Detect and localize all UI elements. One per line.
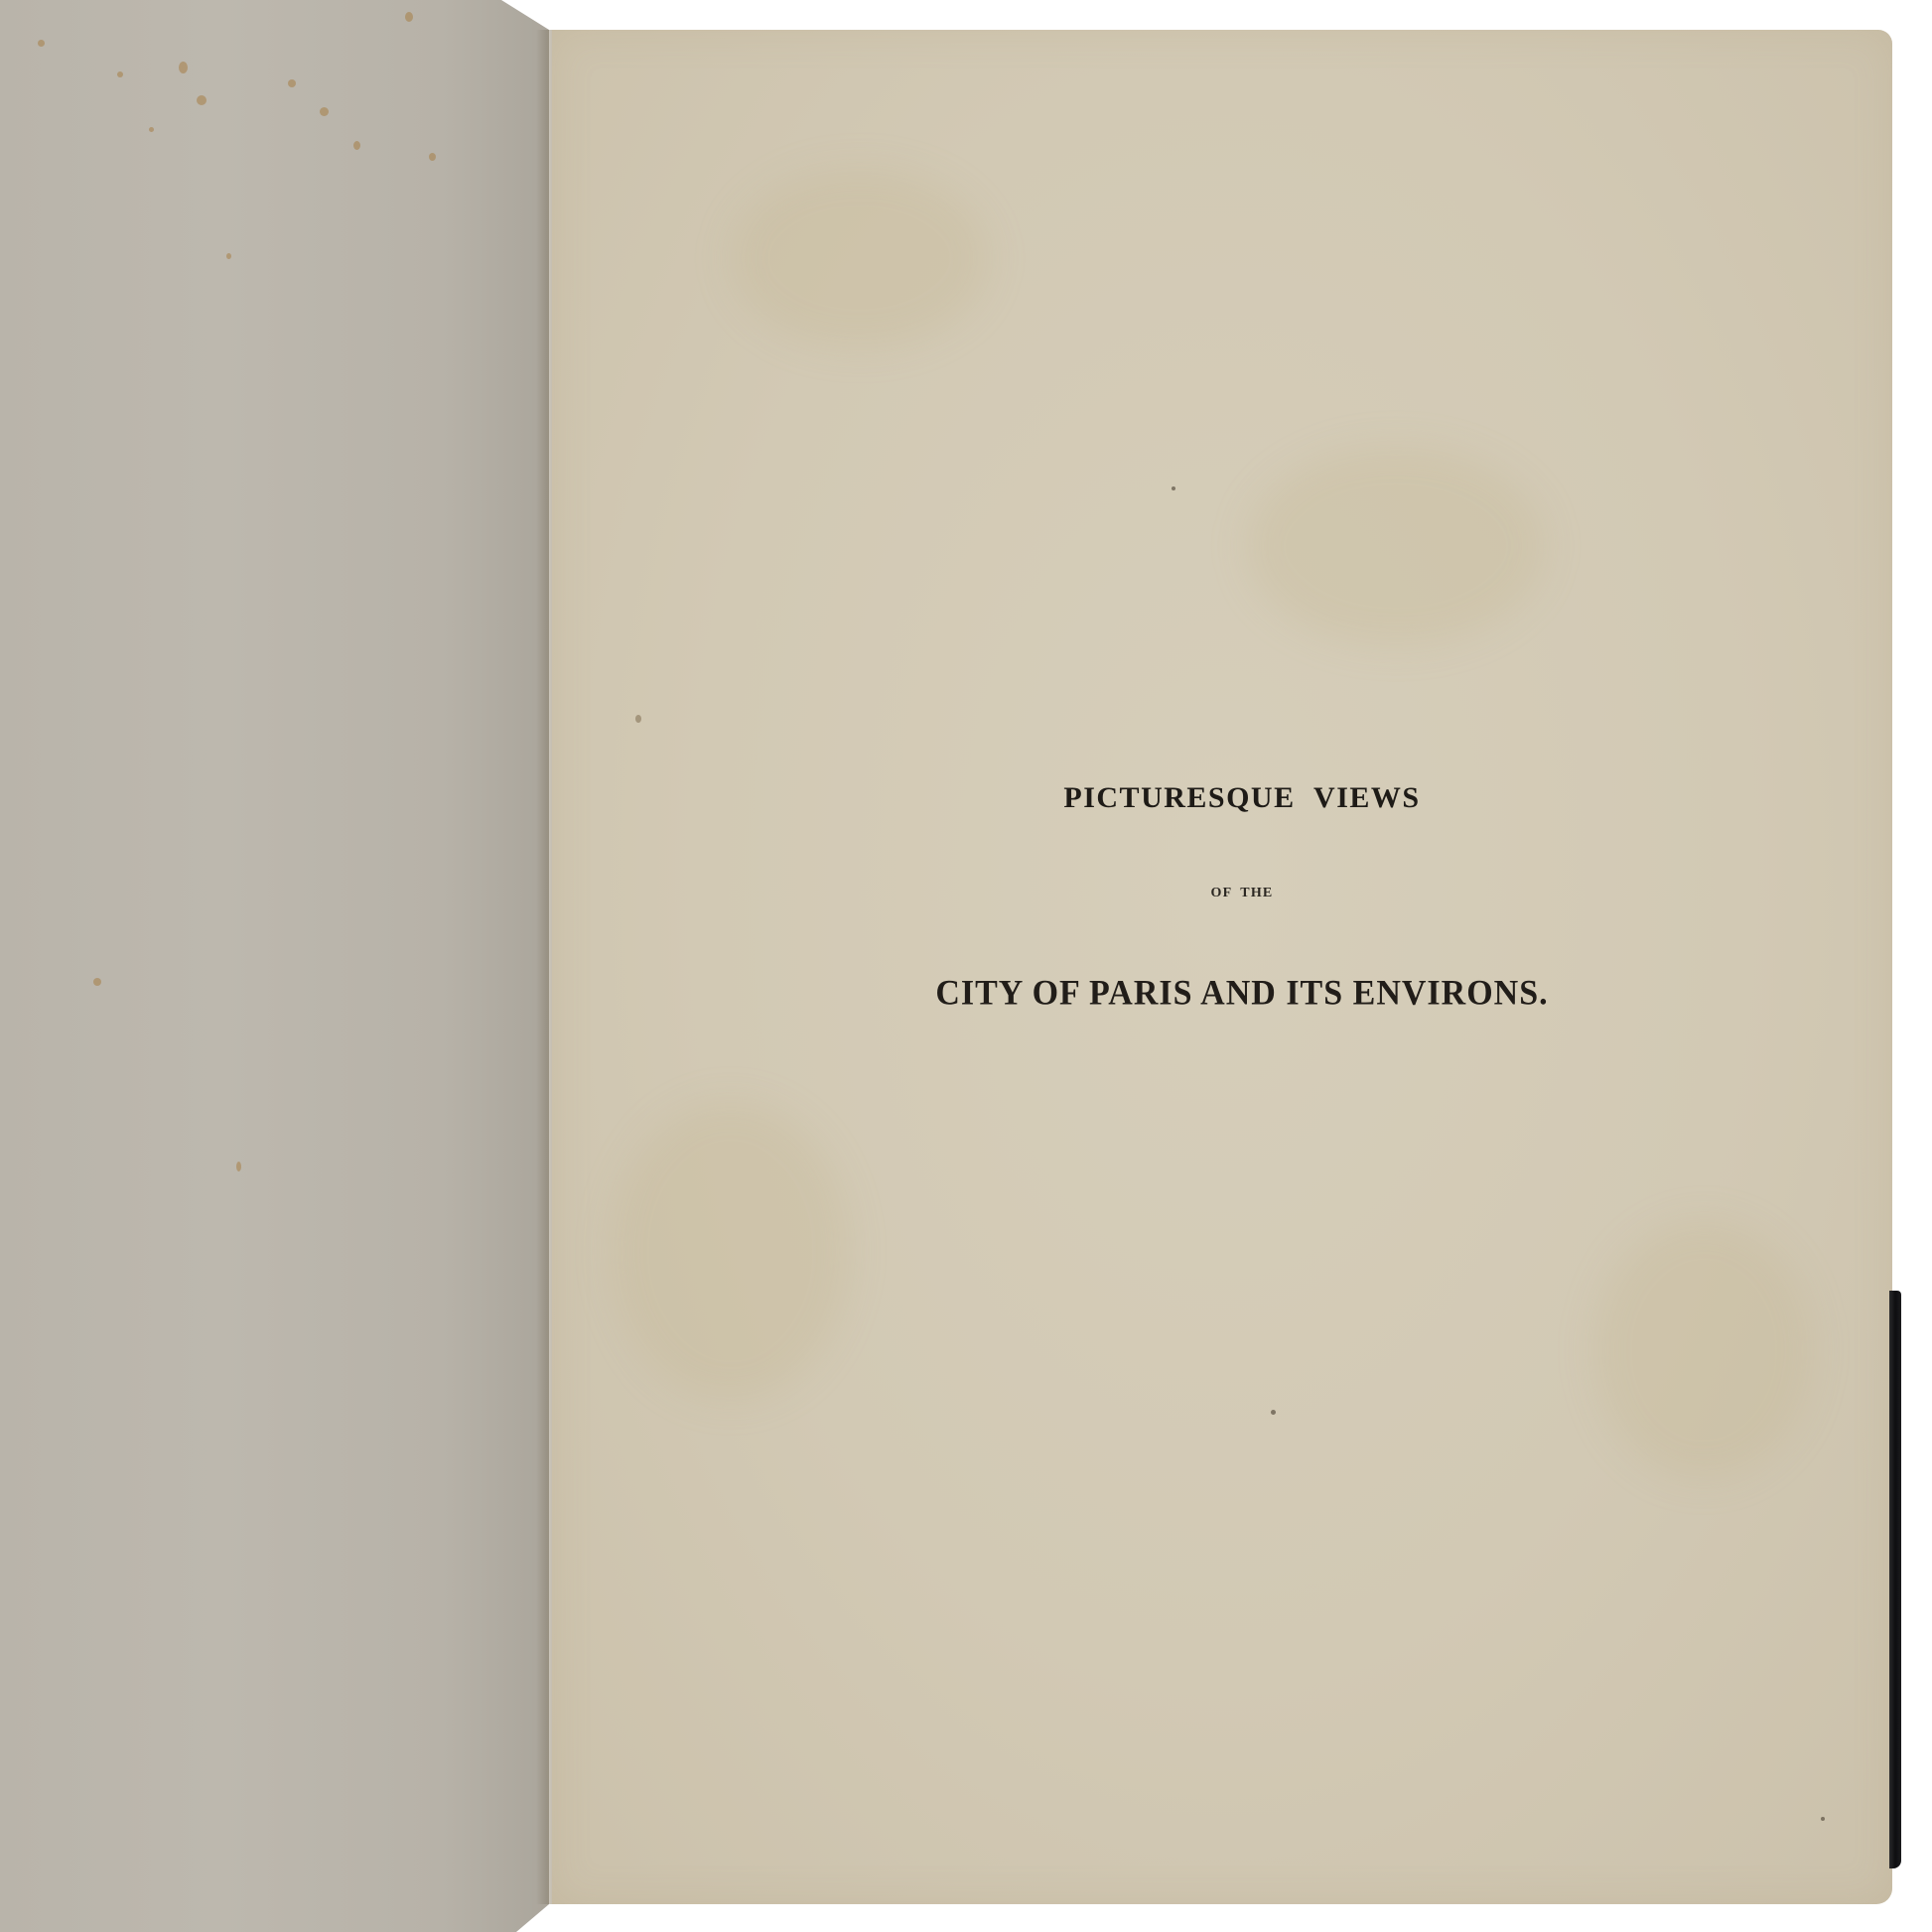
foxing-spot: [226, 253, 231, 259]
page-stain: [1247, 447, 1545, 645]
foxing-spot: [429, 153, 436, 161]
open-book-spread: PICTURESQUE VIEWS OF THE CITY OF PARIS A…: [0, 0, 1932, 1932]
page-stain: [731, 169, 989, 347]
title-connector: OF THE: [572, 886, 1912, 901]
left-blank-endpaper: [0, 0, 552, 1932]
speck: [1271, 1410, 1276, 1415]
title-main: PICTURESQUE VIEWS: [572, 781, 1912, 815]
title-page: [552, 30, 1892, 1904]
page-stain: [1594, 1221, 1813, 1479]
foxing-spot: [320, 107, 329, 116]
foxing-spot: [197, 95, 207, 105]
foxing-spot: [353, 141, 360, 150]
book-cover-edge: [1889, 1291, 1901, 1868]
page-stain: [612, 1102, 850, 1400]
foxing-spot: [236, 1162, 241, 1172]
foxing-spot: [38, 40, 45, 47]
foxing-spot: [93, 978, 101, 986]
title-subject: CITY OF PARIS AND ITS ENVIRONS.: [572, 974, 1912, 1014]
foxing-spot: [117, 71, 123, 77]
foxing-spot: [288, 79, 296, 87]
foxing-spot: [405, 12, 413, 22]
speck: [1821, 1817, 1825, 1821]
foxing-spot: [179, 62, 188, 73]
speck: [1172, 486, 1175, 490]
speck: [635, 715, 641, 723]
foxing-spot: [149, 127, 154, 132]
